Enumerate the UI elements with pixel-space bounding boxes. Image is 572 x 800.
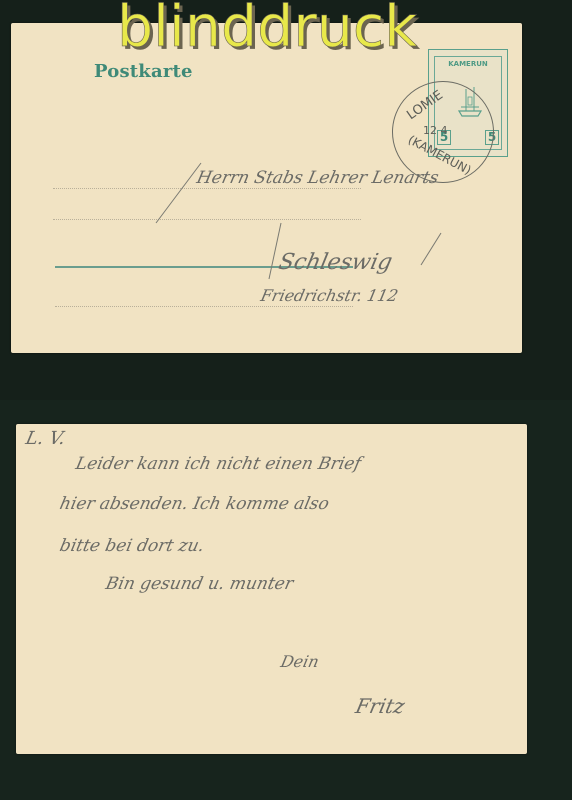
message-salutation: L. V. <box>24 428 67 449</box>
message-closing: Dein <box>279 652 321 671</box>
postcard-back: L. V. Leider kann ich nicht einen Brief … <box>16 424 527 754</box>
watermark: blinddruck <box>117 0 417 62</box>
message-signature: Fritz <box>353 694 407 718</box>
handwriting-strokes <box>11 23 522 353</box>
postcard-front: Postkarte KAMERUN 5 5 LOMIE 12 4 (KAMERU… <box>11 23 522 353</box>
message-line-4: Bin gesund u. munter <box>104 574 295 594</box>
message-line-3: bitte bei dort zu. <box>58 536 206 556</box>
message-line-2: hier absenden. Ich komme also <box>58 494 331 514</box>
message-line-1: Leider kann ich nicht einen Brief <box>74 454 363 474</box>
